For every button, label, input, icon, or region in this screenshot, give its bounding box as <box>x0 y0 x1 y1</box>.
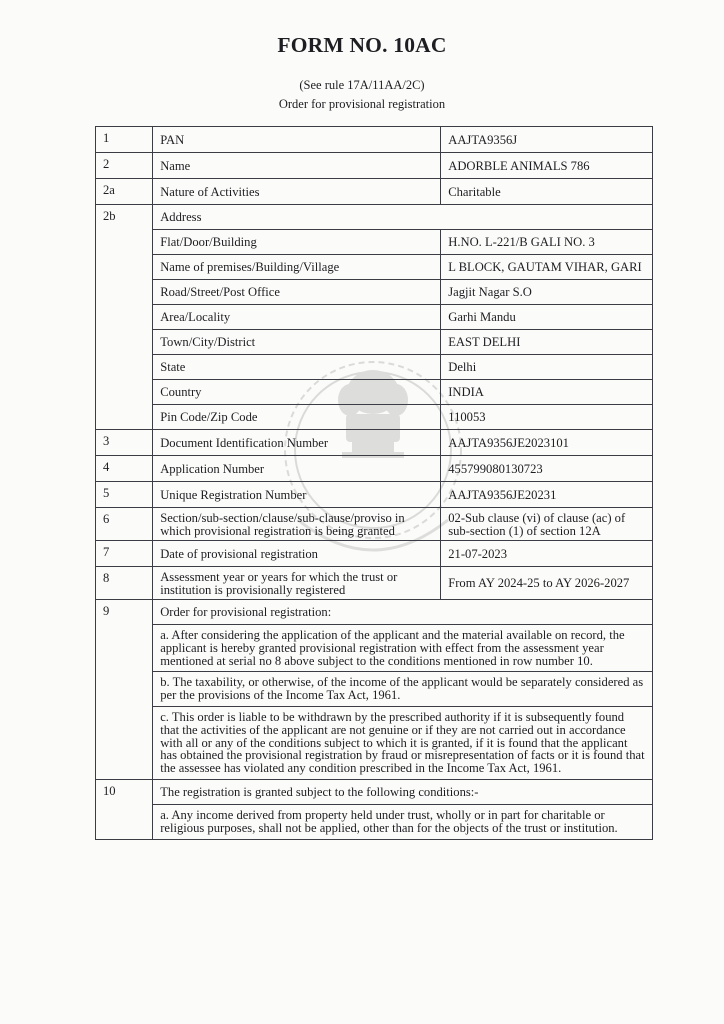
address-field-row: Flat/Door/Building H.NO. L-221/B GALI NO… <box>96 230 653 255</box>
conditions-heading: The registration is granted subject to t… <box>153 779 653 804</box>
conditions-paragraph-a: a. Any income derived from property held… <box>153 804 653 839</box>
assessment-value: From AY 2024-25 to AY 2026-2027 <box>441 567 653 600</box>
form-subtitle: Order for provisional registration <box>0 97 724 112</box>
row-label: Name <box>153 153 441 179</box>
address-field-label: Name of premises/Building/Village <box>153 255 441 280</box>
row-number: 4 <box>96 456 153 482</box>
registration-table: 1 PAN AAJTA9356J 2 Name ADORBLE ANIMALS … <box>95 126 653 840</box>
address-field-value: 110053 <box>441 405 653 430</box>
row-label: Application Number <box>153 456 441 482</box>
row-label: Nature of Activities <box>153 179 441 205</box>
address-field-row: Country INDIA <box>96 380 653 405</box>
address-field-label: State <box>153 355 441 380</box>
address-field-label: Flat/Door/Building <box>153 230 441 255</box>
row-number: 3 <box>96 430 153 456</box>
address-field-row: State Delhi <box>96 355 653 380</box>
urn-value: AAJTA9356JE20231 <box>441 482 653 508</box>
row-label: Address <box>153 205 653 230</box>
table-row-date: 7 Date of provisional registration 21-07… <box>96 541 653 567</box>
date-value: 21-07-2023 <box>441 541 653 567</box>
order-paragraph-c: c. This order is liable to be withdrawn … <box>153 706 653 779</box>
row-number: 2a <box>96 179 153 205</box>
address-field-value: INDIA <box>441 380 653 405</box>
row-number: 6 <box>96 508 153 541</box>
table-row-conditions: 10 The registration is granted subject t… <box>96 779 653 804</box>
table-row-section: 6 Section/sub-section/clause/sub-clause/… <box>96 508 653 541</box>
row-label: Assessment year or years for which the t… <box>153 567 441 600</box>
table-row-pan: 1 PAN AAJTA9356J <box>96 127 653 153</box>
row-number: 5 <box>96 482 153 508</box>
row-label: PAN <box>153 127 441 153</box>
table-row-order: 9 Order for provisional registration: <box>96 600 653 625</box>
conditions-paragraph-row: a. Any income derived from property held… <box>96 804 653 839</box>
row-label: Date of provisional registration <box>153 541 441 567</box>
address-field-row: Area/Locality Garhi Mandu <box>96 305 653 330</box>
address-field-label: Country <box>153 380 441 405</box>
row-number: 7 <box>96 541 153 567</box>
address-field-value: Jagjit Nagar S.O <box>441 280 653 305</box>
table-row-nature: 2a Nature of Activities Charitable <box>96 179 653 205</box>
nature-value: Charitable <box>441 179 653 205</box>
order-paragraph-b: b. The taxability, or otherwise, of the … <box>153 672 653 707</box>
pan-value: AAJTA9356J <box>441 127 653 153</box>
row-number: 1 <box>96 127 153 153</box>
address-field-value: Garhi Mandu <box>441 305 653 330</box>
section-value: 02-Sub clause (vi) of clause (ac) of sub… <box>441 508 653 541</box>
row-number: 9 <box>96 600 153 780</box>
row-number: 8 <box>96 567 153 600</box>
address-field-row: Pin Code/Zip Code 110053 <box>96 405 653 430</box>
row-label: Document Identification Number <box>153 430 441 456</box>
row-label: Section/sub-section/clause/sub-clause/pr… <box>153 508 441 541</box>
address-field-row: Road/Street/Post Office Jagjit Nagar S.O <box>96 280 653 305</box>
application-number-value: 455799080130723 <box>441 456 653 482</box>
row-number: 10 <box>96 779 153 839</box>
address-field-value: H.NO. L-221/B GALI NO. 3 <box>441 230 653 255</box>
table-row-name: 2 Name ADORBLE ANIMALS 786 <box>96 153 653 179</box>
address-field-label: Area/Locality <box>153 305 441 330</box>
din-value: AAJTA9356JE2023101 <box>441 430 653 456</box>
address-field-row: Town/City/District EAST DELHI <box>96 330 653 355</box>
table-row-application: 4 Application Number 455799080130723 <box>96 456 653 482</box>
rule-reference: (See rule 17A/11AA/2C) <box>0 78 724 93</box>
table-row-address: 2b Address <box>96 205 653 230</box>
order-heading: Order for provisional registration: <box>153 600 653 625</box>
order-paragraph-row: b. The taxability, or otherwise, of the … <box>96 672 653 707</box>
row-number: 2 <box>96 153 153 179</box>
order-paragraph-row: a. After considering the application of … <box>96 625 653 672</box>
address-field-value: L BLOCK, GAUTAM VIHAR, GARI <box>441 255 653 280</box>
row-number: 2b <box>96 205 153 430</box>
order-paragraph-a: a. After considering the application of … <box>153 625 653 672</box>
address-field-value: Delhi <box>441 355 653 380</box>
order-paragraph-row: c. This order is liable to be withdrawn … <box>96 706 653 779</box>
address-field-value: EAST DELHI <box>441 330 653 355</box>
table-row-assessment: 8 Assessment year or years for which the… <box>96 567 653 600</box>
address-field-label: Pin Code/Zip Code <box>153 405 441 430</box>
row-label: Unique Registration Number <box>153 482 441 508</box>
table-row-urn: 5 Unique Registration Number AAJTA9356JE… <box>96 482 653 508</box>
address-field-label: Road/Street/Post Office <box>153 280 441 305</box>
table-row-din: 3 Document Identification Number AAJTA93… <box>96 430 653 456</box>
name-value: ADORBLE ANIMALS 786 <box>441 153 653 179</box>
form-title: FORM NO. 10AC <box>0 33 724 58</box>
address-field-label: Town/City/District <box>153 330 441 355</box>
address-field-row: Name of premises/Building/Village L BLOC… <box>96 255 653 280</box>
form-page: FORM NO. 10AC (See rule 17A/11AA/2C) Ord… <box>0 0 724 1024</box>
